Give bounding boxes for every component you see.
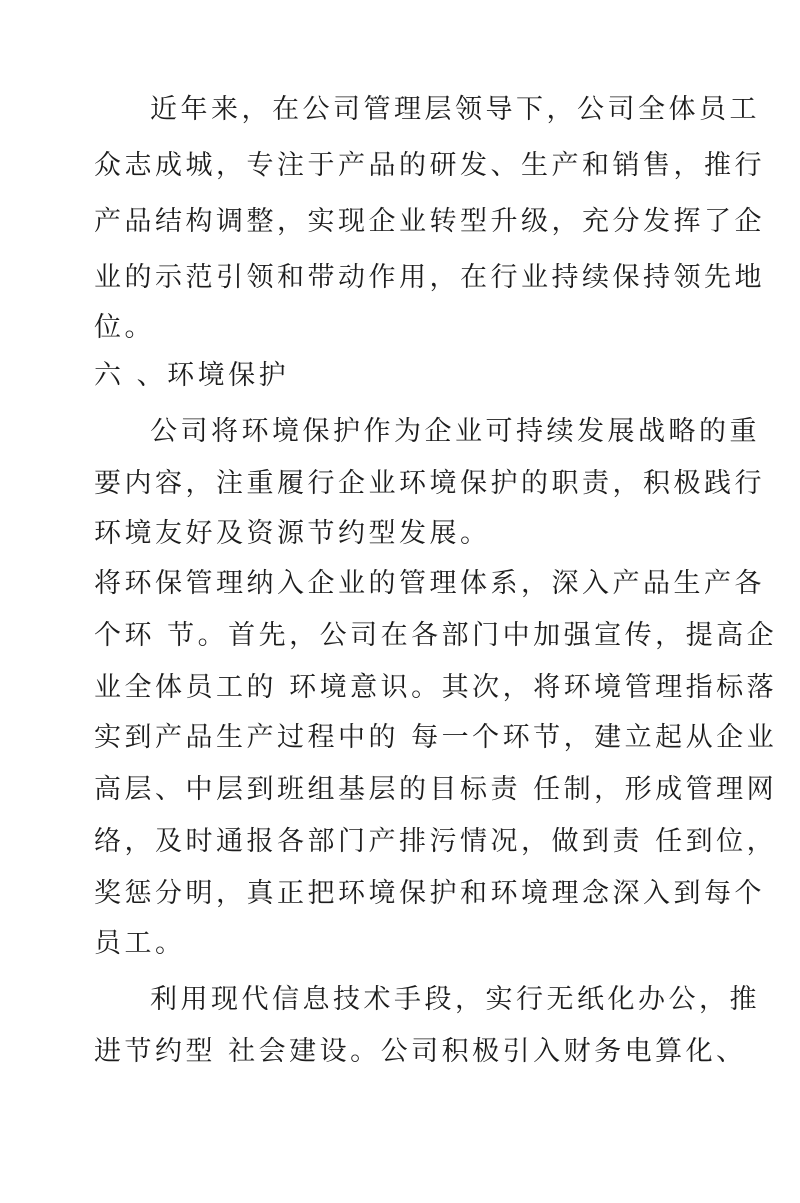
paragraph-paperless-line-2: 进节约型 社会建设。公司积极引入财务电算化、 [94,1034,714,1070]
paragraph-env-line-1: 公司将环境保护作为企业可持续发展战略的重 [150,414,770,450]
paragraph-paperless-line-1: 利用现代信息技术手段，实行无纸化办公，推 [150,982,770,1018]
paragraph-intro-line-1: 近年来，在公司管理层领导下，公司全体员工 [150,92,770,128]
paragraph-mgmt-line-3: 业全体员工的 环境意识。其次，将环境管理指标落 [94,670,714,706]
paragraph-mgmt-line-2: 个环 节。首先，公司在各部门中加强宣传，提高企 [94,618,714,654]
paragraph-mgmt-line-7: 奖惩分明，真正把环境保护和环境理念深入到每个 [94,876,714,912]
paragraph-intro-line-3: 产品结构调整，实现企业转型升级，充分发挥了企 [94,204,714,240]
paragraph-intro-line-4: 业的示范引领和带动作用，在行业持续保持领先地 [94,260,714,296]
document-page: 近年来，在公司管理层领导下，公司全体员工 众志成城，专注于产品的研发、生产和销售… [0,0,800,1203]
paragraph-mgmt-line-4: 实到产品生产过程中的 每一个环节，建立起从企业 [94,720,714,756]
paragraph-env-line-3: 环境友好及资源节约型发展。 [94,516,714,552]
paragraph-mgmt-line-1: 将环保管理纳入企业的管理体系，深入产品生产各 [94,566,714,602]
paragraph-env-line-2: 要内容，注重履行企业环境保护的职责，积极践行 [94,466,714,502]
paragraph-mgmt-line-6: 络，及时通报各部门产排污情况，做到责 任到位， [94,824,714,860]
paragraph-mgmt-line-5: 高层、中层到班组基层的目标责 任制，形成管理网 [94,772,714,808]
paragraph-intro-line-5: 位。 [94,310,714,346]
paragraph-intro-line-2: 众志成城，专注于产品的研发、生产和销售，推行 [94,148,714,184]
paragraph-mgmt-line-8: 员工。 [94,926,714,962]
section-heading-environment: 六 、环境保护 [94,358,714,394]
